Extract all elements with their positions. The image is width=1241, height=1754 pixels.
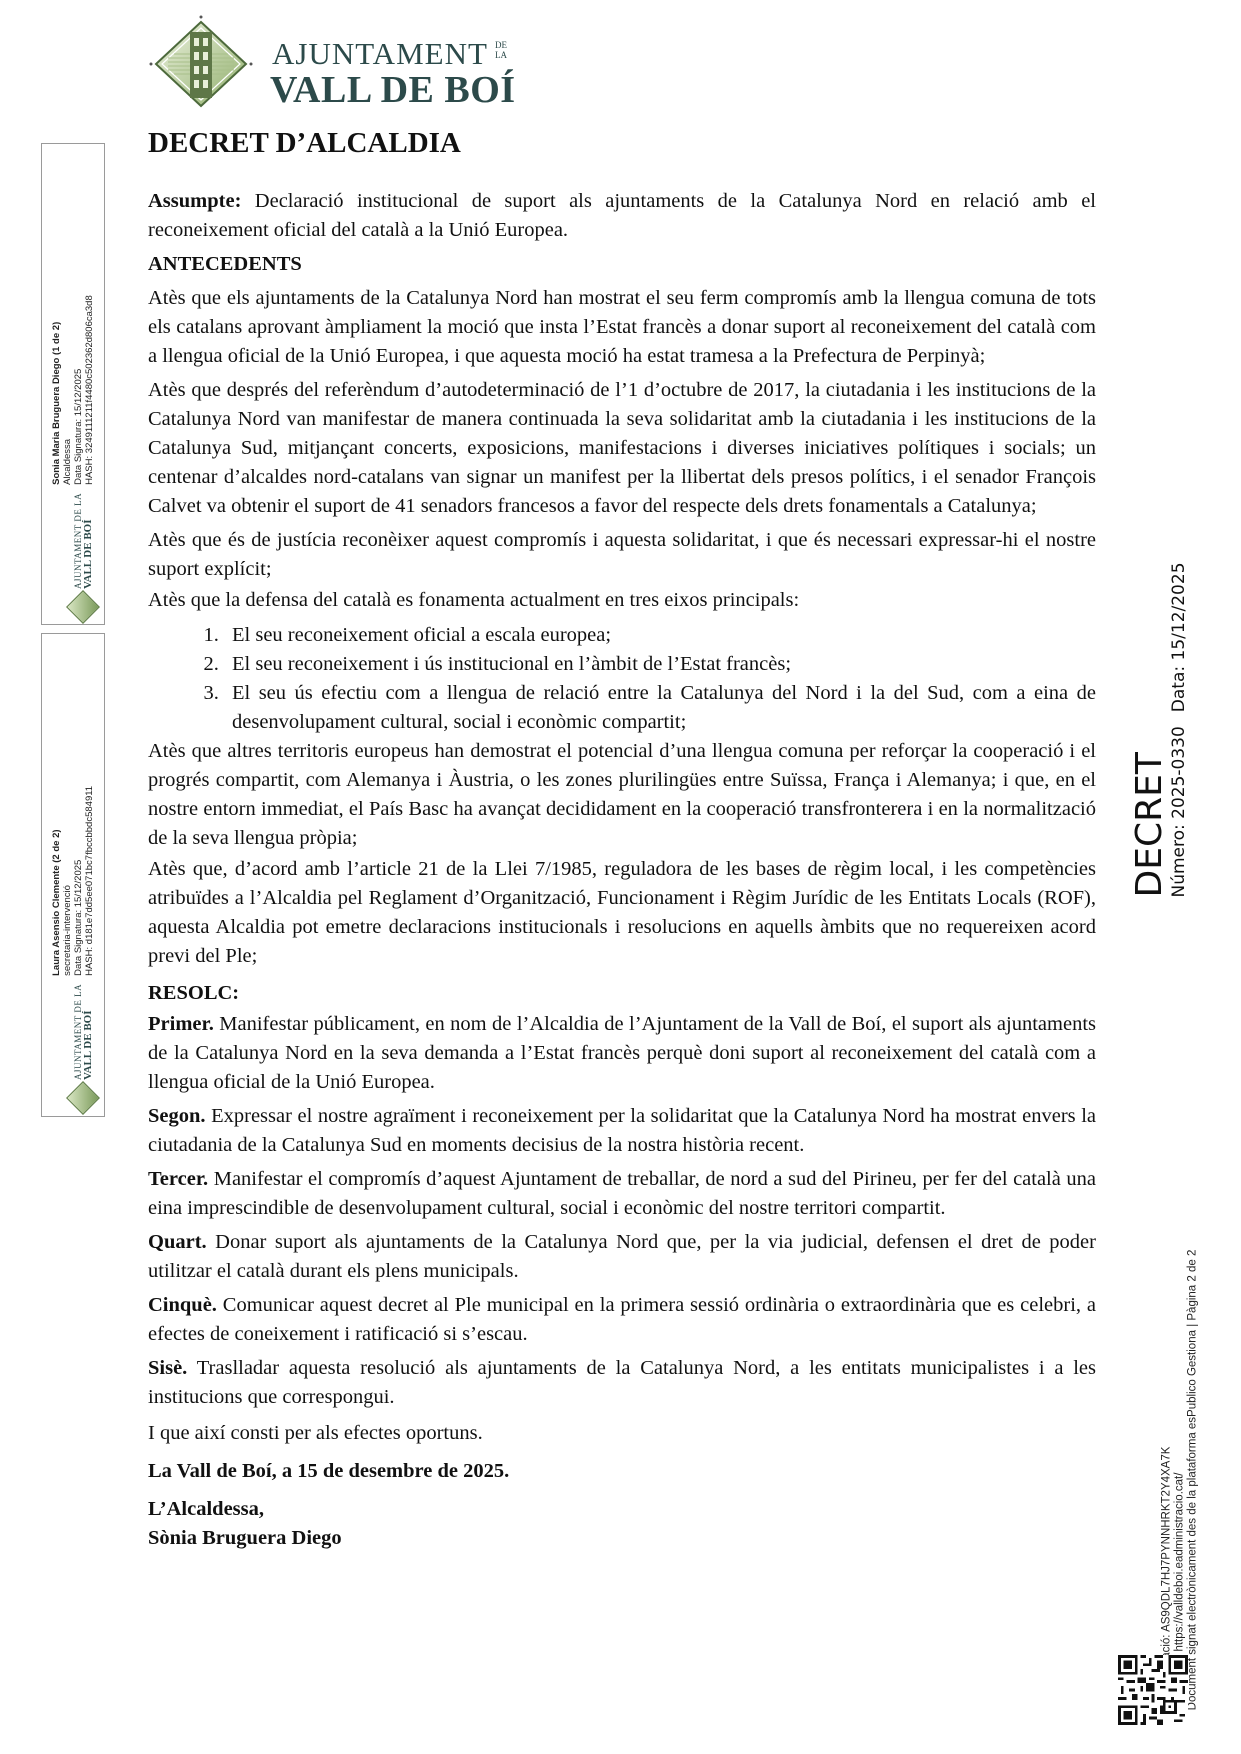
subject: Assumpte: Declaració institucional de su…: [148, 187, 1096, 245]
closing-statement: I que així consti per als efectes oportu…: [148, 1419, 1096, 1448]
stamp-logo: AJUNTAMENT DE LA VALL DE BOÍ: [71, 493, 95, 619]
ajuntament-emblem-icon: [146, 14, 256, 110]
subject-label: Assumpte:: [148, 190, 241, 212]
axes-list: El seu reconeixement oficial a escala eu…: [148, 621, 1096, 737]
stamp-logo: AJUNTAMENT DE LA VALL DE BOÍ: [71, 984, 95, 1110]
logo-de-la: DE LA: [494, 40, 508, 60]
antecedent-paragraph: Atès que és de justícia reconèixer aques…: [148, 526, 1096, 584]
resolution-item: Segon. Expressar el nostre agraïment i r…: [148, 1102, 1096, 1160]
axes-list-item: El seu reconeixement i ús institucional …: [224, 650, 1096, 679]
signer-title: L’Alcaldessa,: [148, 1495, 1096, 1524]
antecedent-paragraph: Atès que la defensa del català es foname…: [148, 586, 1096, 615]
antecedent-paragraph: Atès que, d’acord amb l’article 21 de la…: [148, 855, 1096, 971]
axes-list-item: El seu reconeixement oficial a escala eu…: [224, 621, 1096, 650]
antecedent-paragraph: Atès que els ajuntaments de la Catalunya…: [148, 284, 1096, 371]
document-body: DECRET D’ALCALDIA Assumpte: Declaració i…: [148, 125, 1096, 1553]
logo-line-1: AJUNTAMENT: [272, 36, 488, 72]
verification-url[interactable]: Verificació: https://valldeboi.eadminist…: [1174, 1250, 1187, 1711]
signature-hash: HASH: 3249111211f4480c502362d806ca3d8: [84, 295, 95, 485]
signature-stamp-1: AJUNTAMENT DE LA VALL DE BOÍ Sonia Maria…: [41, 143, 105, 625]
resolution-item: Quart. Donar suport als ajuntaments de l…: [148, 1228, 1096, 1286]
antecedent-paragraph: Atès que després del referèndum d’autode…: [148, 376, 1096, 521]
emblem-icon: [66, 590, 100, 624]
signer-role: Alcaldessa: [62, 295, 73, 485]
signer-name: Sònia Bruguera Diego: [148, 1524, 1096, 1553]
signature-date: Data Signatura: 15/12/2025: [73, 295, 84, 485]
validation-code: Codi Validació: AS9QDL7HJ7PYNNHRKT2Y4XA7…: [1161, 1250, 1174, 1711]
resolution-item: Sisè. Traslladar aquesta resolució als a…: [148, 1354, 1096, 1412]
decree-number: Número: 2025-0330: [1169, 726, 1189, 897]
subject-text: Declaració institucional de suport als a…: [148, 190, 1096, 241]
signer-role: secretaria-intervenció: [62, 786, 73, 976]
resolution-heading: RESOLC:: [148, 979, 1096, 1008]
decree-date: Data: 15/12/2025: [1169, 562, 1189, 712]
antecedent-paragraph: Atès que altres territoris europeus han …: [148, 737, 1096, 853]
emblem-icon: [66, 1081, 100, 1115]
signature-hash: HASH: d181e7dd5ee071bc7fbccbbdc584911: [84, 786, 95, 976]
ajuntament-logo: AJUNTAMENT DE LA VALL DE BOÍ: [146, 10, 526, 114]
signature-stamp-2: AJUNTAMENT DE LA VALL DE BOÍ Laura Asens…: [41, 633, 105, 1117]
qr-code-icon: [1118, 1655, 1188, 1725]
decree-label: DECRET: [1131, 562, 1169, 897]
document-title: DECRET D’ALCALDIA: [148, 125, 1096, 161]
resolution-item: Tercer. Manifestar el compromís d’aquest…: [148, 1165, 1096, 1223]
resolution-item: Primer. Manifestar públicament, en nom d…: [148, 1010, 1096, 1097]
decree-register-stamp: DECRET Número: 2025-0330Data: 15/12/2025: [1120, 560, 1200, 900]
signer-name: Sonia Maria Bruguera Diego (1 de 2): [51, 295, 62, 485]
signature-date: Data Signatura: 15/12/2025: [73, 786, 84, 976]
platform-note: Document signat electrònicament des de l…: [1187, 1250, 1200, 1711]
antecedents-heading: ANTECEDENTS: [148, 250, 1096, 279]
signer-name: Laura Asensio Clemente (2 de 2): [51, 786, 62, 976]
verification-info: Codi Validació: AS9QDL7HJ7PYNNHRKT2Y4XA7…: [1148, 1330, 1212, 1630]
logo-line-2: VALL DE BOÍ: [270, 68, 516, 112]
resolution-item: Cinquè. Comunicar aquest decret al Ple m…: [148, 1291, 1096, 1349]
place-date: La Vall de Boí, a 15 de desembre de 2025…: [148, 1457, 1096, 1486]
axes-list-item: El seu ús efectiu com a llengua de relac…: [224, 679, 1096, 737]
